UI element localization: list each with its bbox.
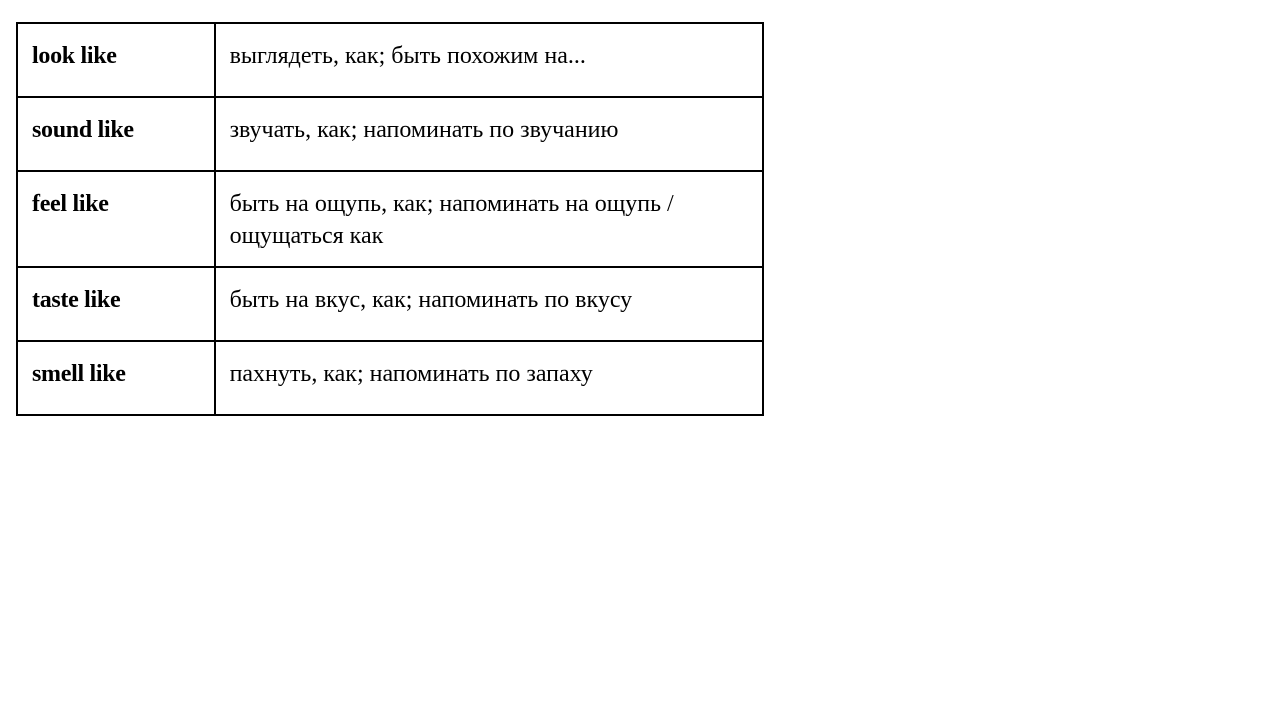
term-cell: feel like xyxy=(17,171,215,267)
definition-cell: пахнуть, как; напоминать по запаху xyxy=(215,341,763,415)
table-row: feel like быть на ощупь, как; напоминать… xyxy=(17,171,763,267)
table-row: look like выглядеть, как; быть похожим н… xyxy=(17,23,763,97)
definition-cell: звучать, как; напоминать по звучанию xyxy=(215,97,763,171)
table-row: taste like быть на вкус, как; напоминать… xyxy=(17,267,763,341)
definition-cell: быть на ощупь, как; напоминать на ощупь … xyxy=(215,171,763,267)
table-row: smell like пахнуть, как; напоминать по з… xyxy=(17,341,763,415)
vocabulary-table: look like выглядеть, как; быть похожим н… xyxy=(16,22,764,416)
table-row: sound like звучать, как; напоминать по з… xyxy=(17,97,763,171)
term-cell: sound like xyxy=(17,97,215,171)
definition-cell: быть на вкус, как; напоминать по вкусу xyxy=(215,267,763,341)
term-cell: taste like xyxy=(17,267,215,341)
term-cell: smell like xyxy=(17,341,215,415)
definition-cell: выглядеть, как; быть похожим на... xyxy=(215,23,763,97)
term-cell: look like xyxy=(17,23,215,97)
